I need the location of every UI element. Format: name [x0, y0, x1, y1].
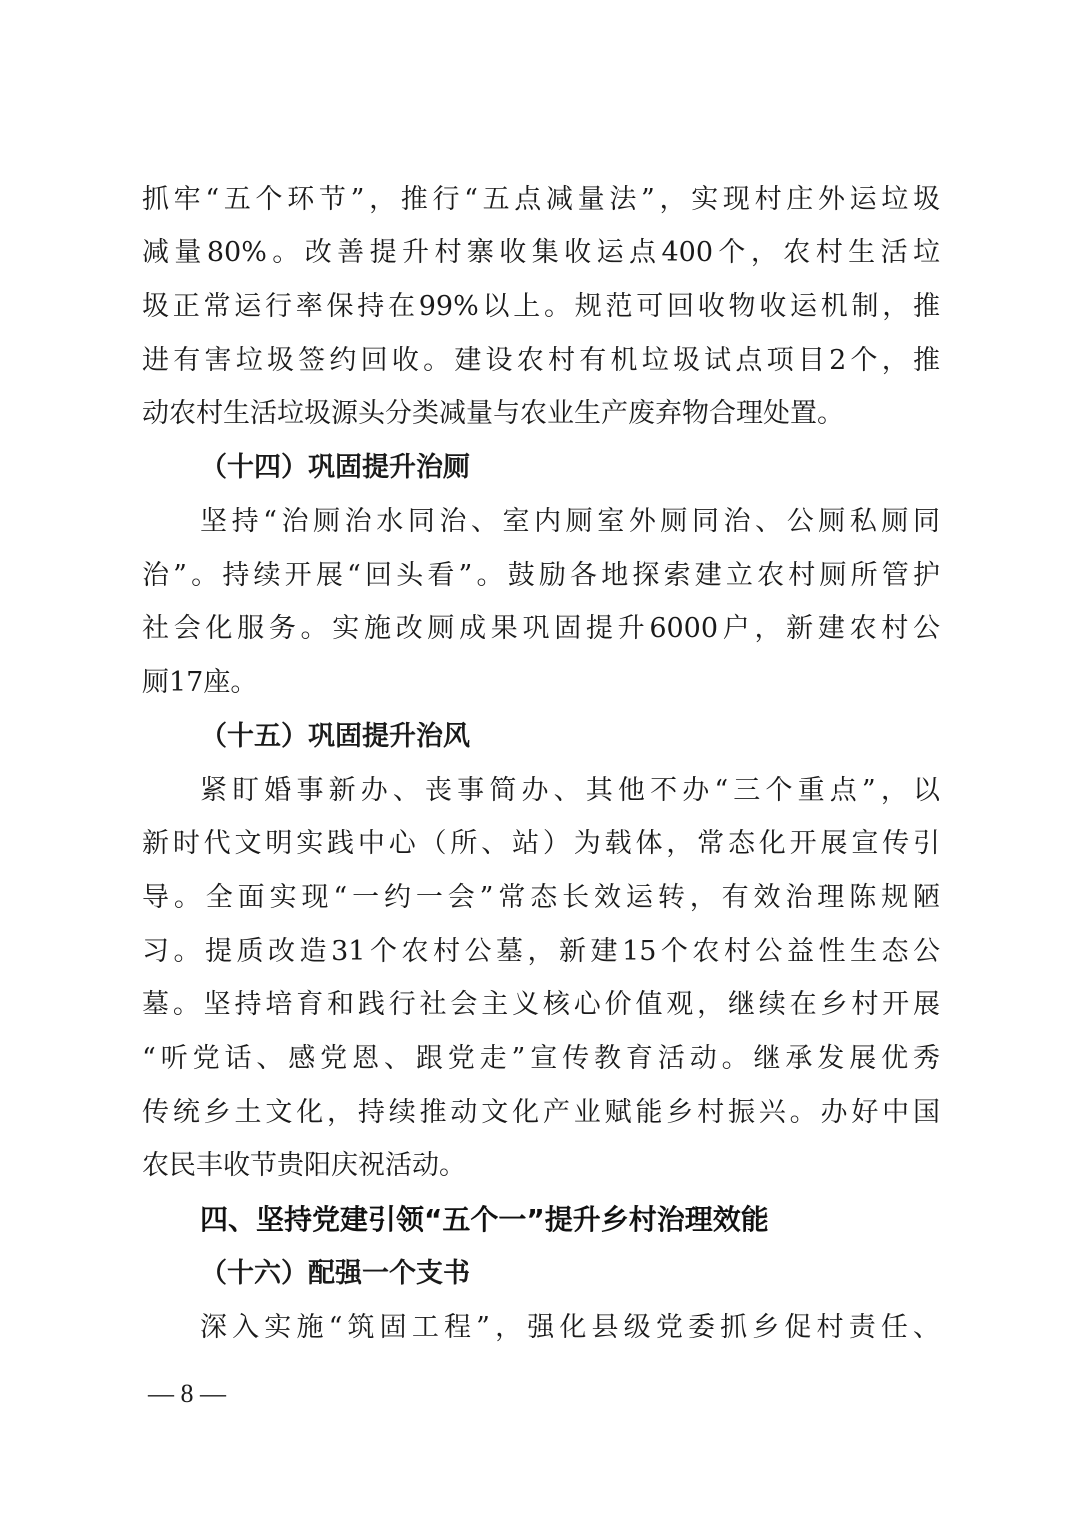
paragraph-line: 紧盯婚事新办、丧事简办、其他不办“三个重点”，以	[200, 771, 940, 811]
paragraph-line: 抓牢“五个环节”，推行“五点减量法”，实现村庄外运垃圾	[142, 180, 940, 220]
paragraph-line: 墓。坚持培育和践行社会主义核心价值观，继续在乡村开展	[142, 985, 940, 1025]
paragraph-line: 社会化服务。实施改厕成果巩固提升6000户，新建农村公	[142, 609, 940, 649]
paragraph-line: 习。提质改造31个农村公墓，新建15个农村公益性生态公	[142, 932, 940, 972]
page-number: — 8 —	[148, 1377, 226, 1411]
paragraph-line: 厕17座。	[142, 663, 940, 703]
part-heading-4: 四、坚持党建引领“五个一”提升乡村治理效能	[200, 1200, 940, 1240]
paragraph-line: 坚持“治厕治水同治、室内厕室外厕同治、公厕私厕同	[200, 502, 940, 542]
paragraph-line: 农民丰收节贵阳庆祝活动。	[142, 1146, 940, 1186]
section-heading-14: （十四）巩固提升治厕	[200, 448, 940, 488]
paragraph-line: 导。全面实现“一约一会”常态长效运转，有效治理陈规陋	[142, 878, 940, 918]
paragraph-line: 传统乡土文化，持续推动文化产业赋能乡村振兴。办好中国	[142, 1093, 940, 1133]
paragraph-line: “听党话、感党恩、跟党走”宣传教育活动。继承发展优秀	[142, 1039, 940, 1079]
paragraph-line: 圾正常运行率保持在99%以上。规范可回收物收运机制，推	[142, 287, 940, 327]
paragraph-line: 治”。持续开展“回头看”。鼓励各地探索建立农村厕所管护	[142, 556, 940, 596]
paragraph-line: 进有害垃圾签约回收。建设农村有机垃圾试点项目2个，推	[142, 341, 940, 381]
document-page: 抓牢“五个环节”，推行“五点减量法”，实现村庄外运垃圾 减量80%。改善提升村寨…	[0, 0, 1080, 1528]
section-heading-15: （十五）巩固提升治风	[200, 717, 940, 757]
paragraph-line: 深入实施“筑固工程”，强化县级党委抓乡促村责任、	[200, 1308, 940, 1348]
paragraph-line: 动农村生活垃圾源头分类减量与农业生产废弃物合理处置。	[142, 394, 940, 434]
paragraph-line: 新时代文明实践中心（所、站）为载体，常态化开展宣传引	[142, 824, 940, 864]
section-heading-16: （十六）配强一个支书	[200, 1254, 940, 1294]
paragraph-line: 减量80%。改善提升村寨收集收运点400个，农村生活垃	[142, 233, 940, 273]
